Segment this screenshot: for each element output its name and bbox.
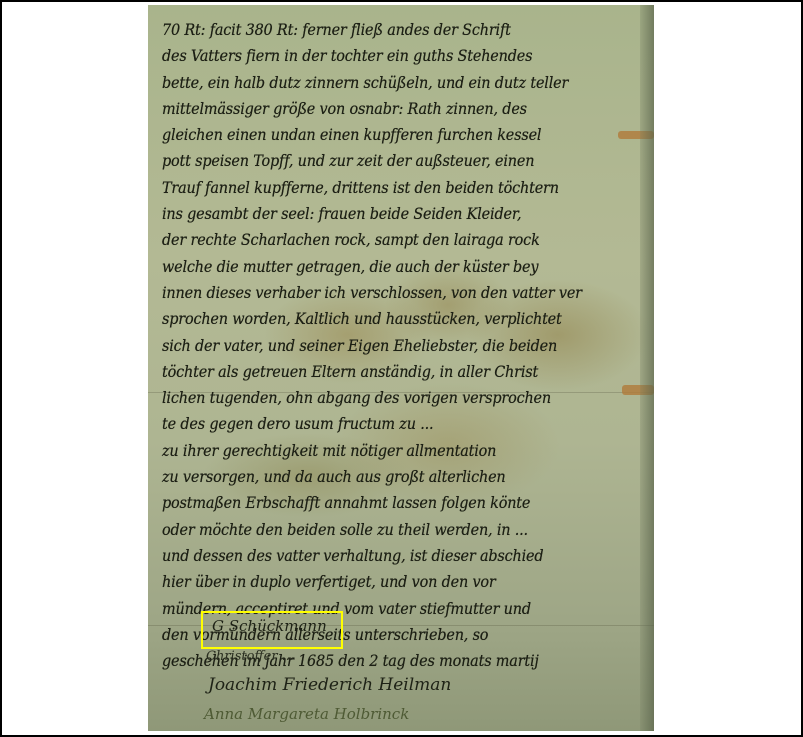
signature-holbrinck: Anna Margareta Holbrinck xyxy=(204,705,409,723)
manuscript-line: ins gesambt der seel: frauen beide Seide… xyxy=(162,201,603,227)
manuscript-line: innen dieses verhaber ich verschlossen, … xyxy=(162,280,603,306)
manuscript-line: zu versorgen, und da auch aus großt alte… xyxy=(162,464,603,490)
manuscript-line: Trauf fannel kupfferne, drittens ist den… xyxy=(162,175,603,201)
manuscript-line: mittelmässiger größe von osnabr: Rath zi… xyxy=(162,96,603,122)
manuscript-line: töchter als getreuen Eltern anständig, i… xyxy=(162,359,603,385)
manuscript-line: pott speisen Topff, und zur zeit der auß… xyxy=(162,148,603,174)
manuscript-line: te des gegen dero usum fructum zu ... xyxy=(162,411,603,437)
signature-christoffer: Christoffer ... xyxy=(206,649,294,664)
manuscript-line: postmaßen Erbschafft annahmt lassen folg… xyxy=(162,490,603,516)
manuscript-line: des Vatters fiern in der tochter ein gut… xyxy=(162,43,603,69)
signature-heilman: Joachim Friederich Heilman xyxy=(208,675,451,695)
manuscript-body: 70 Rt: facit 380 Rt: ferner fließ andes … xyxy=(162,17,636,674)
manuscript-line: 70 Rt: facit 380 Rt: ferner fließ andes … xyxy=(162,17,603,43)
manuscript-line: und dessen des vatter verhaltung, ist di… xyxy=(162,543,603,569)
manuscript-line: lichen tugenden, ohn abgang des vorigen … xyxy=(162,385,603,411)
manuscript-line: der rechte Scharlachen rock, sampt den l… xyxy=(162,227,603,253)
manuscript-line: welche die mutter getragen, die auch der… xyxy=(162,254,603,280)
manuscript-line: bette, ein halb dutz zinnern schüßeln, u… xyxy=(162,70,603,96)
document-scan: 70 Rt: facit 380 Rt: ferner fließ andes … xyxy=(148,5,654,731)
signature-schuckmann: G Schückmann xyxy=(212,617,327,635)
manuscript-line: oder möchte den beiden solle zu theil we… xyxy=(162,517,603,543)
manuscript-line: sprochen worden, Kaltlich und hausstücke… xyxy=(162,306,603,332)
manuscript-line: hier über in duplo verfertiget, und von … xyxy=(162,569,603,595)
manuscript-line: sich der vater, und seiner Eigen Ehelieb… xyxy=(162,333,603,359)
manuscript-line: gleichen einen undan einen kupfferen fur… xyxy=(162,122,603,148)
manuscript-line: zu ihrer gerechtigkeit mit nötiger allme… xyxy=(162,438,603,464)
